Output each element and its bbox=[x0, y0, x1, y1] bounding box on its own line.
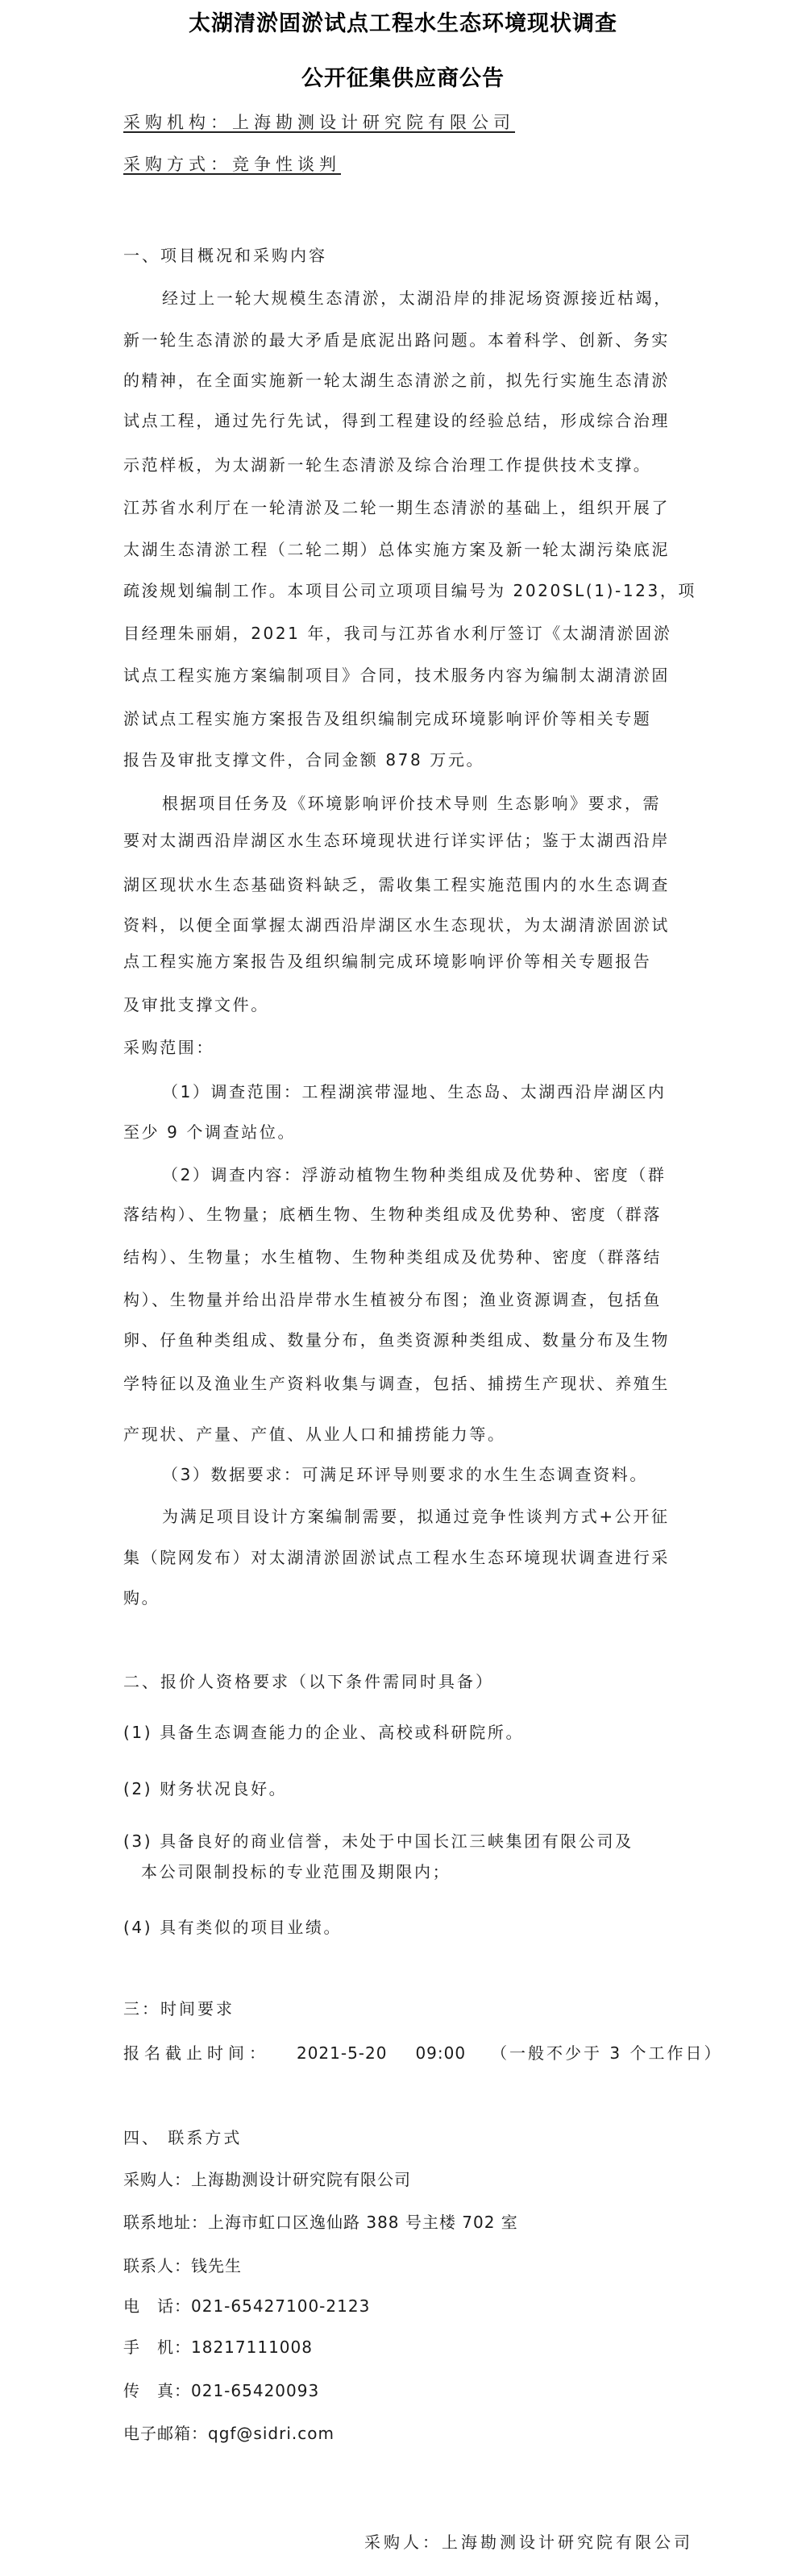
paragraph-line: 目经理朱丽娟，2021 年，我司与江苏省水利厅签订《太湖清淤固淤 bbox=[123, 622, 671, 645]
paragraph-line: 根据项目任务及《环境影响评价技术导则 生态影响》要求，需 bbox=[162, 792, 661, 815]
contact-person: 联系人：钱先生 bbox=[123, 2255, 242, 2277]
paragraph-line: 集（院网发布）对太湖清淤固淤试点工程水生态环境现状调查进行采 bbox=[123, 1546, 670, 1569]
document-title-line2: 公开征集供应商公告 bbox=[0, 64, 806, 93]
paragraph-line: （2）调查内容：浮游动植物生物种类组成及优势种、密度（群 bbox=[162, 1164, 667, 1186]
paragraph-line: 及审批支撑文件。 bbox=[123, 993, 269, 1016]
paragraph-line: 示范样板，为太湖新一轮生态清淤及综合治理工作提供技术支撑。 bbox=[123, 454, 651, 476]
paragraph-line: 淤试点工程实施方案报告及组织编制完成环境影响评价等相关专题 bbox=[123, 707, 651, 730]
paragraph-line: （1）调查范围：工程湖滨带湿地、生态岛、太湖西沿岸湖区内 bbox=[162, 1081, 667, 1103]
paragraph-line: （3）数据要求：可满足环评导则要求的水生生态调查资料。 bbox=[162, 1463, 648, 1486]
section1-heading: 一、项目概况和采购内容 bbox=[123, 244, 327, 267]
paragraph-line: 至少 9 个调查站位。 bbox=[123, 1121, 296, 1143]
paragraph-line: 试点工程实施方案编制项目》合同，技术服务内容为编制太湖清淤固 bbox=[123, 664, 670, 687]
deadline-note: （一般不少于 3 个工作日） bbox=[491, 2043, 722, 2063]
paragraph-line: 试点工程，通过先行先试，得到工程建设的经验总结，形成综合治理 bbox=[123, 409, 670, 432]
paragraph-line: 购。 bbox=[123, 1587, 160, 1609]
document-title-line1: 太湖清淤固淤试点工程水生态环境现状调查 bbox=[0, 10, 806, 39]
section2-heading: 二、报价人资格要求（以下条件需同时具备） bbox=[123, 1670, 494, 1693]
deadline-date: 2021-5-20 bbox=[297, 2043, 388, 2063]
paragraph-line: 新一轮生态清淤的最大矛盾是底泥出路问题。本着科学、创新、务实 bbox=[123, 329, 670, 351]
qualification-item: (2) 财务状况良好。 bbox=[123, 1777, 287, 1800]
paragraph-line: 经过上一轮大规模生态清淤，太湖沿岸的排泥场资源接近枯竭， bbox=[162, 287, 672, 309]
section4-heading: 四、 联系方式 bbox=[123, 2126, 242, 2149]
paragraph-line: 产现状、产量、产值、从业人口和捕捞能力等。 bbox=[123, 1423, 506, 1446]
paragraph-line: 报告及审批支撑文件，合同金额 878 万元。 bbox=[123, 749, 484, 771]
qualification-item: (4) 具有类似的项目业绩。 bbox=[123, 1916, 342, 1939]
paragraph-line: 学特征以及渔业生产资料收集与调查，包括、捕捞生产现状、养殖生 bbox=[123, 1372, 670, 1395]
procurement-scope-label: 采购范围： bbox=[123, 1036, 214, 1059]
paragraph-line: 的精神，在全面实施新一轮太湖生态清淤之前，拟先行实施生态清淤 bbox=[123, 369, 670, 392]
purchaser-name: 采购人：上海勘测设计研究院有限公司 bbox=[123, 2168, 411, 2191]
procurement-method: 采购方式：竞争性谈判 bbox=[123, 153, 341, 176]
contact-email[interactable]: 电子邮箱：qgf@sidri.com bbox=[123, 2422, 334, 2445]
paragraph-line: 卵、仔鱼种类组成、数量分布，鱼类资源种类组成、数量分布及生物 bbox=[123, 1329, 670, 1351]
paragraph-line: 要对太湖西沿岸湖区水生态环境现状进行详实评估；鉴于太湖西沿岸 bbox=[123, 829, 670, 852]
paragraph-line: 湖区现状水生态基础资料缺乏，需收集工程实施范围内的水生态调查 bbox=[123, 873, 670, 896]
qualification-item: (3) 具备良好的商业信誉，未处于中国长江三峡集团有限公司及 bbox=[123, 1830, 634, 1852]
paragraph-line: 构）、生物量并给出沿岸带水生植被分布图；渔业资源调查，包括鱼 bbox=[123, 1288, 662, 1311]
paragraph-line: 资料，以便全面掌握太湖西沿岸湖区水生态现状，为太湖清淤固淤试 bbox=[123, 914, 670, 936]
section3-heading: 三：时间要求 bbox=[123, 1997, 235, 2020]
deadline-row: 报名截止时间： 2021-5-20 09:00 （一般不少于 3 个工作日） bbox=[123, 2042, 723, 2064]
paragraph-line: 江苏省水利厅在一轮清淤及二轮一期生态清淤的基础上，组织开展了 bbox=[123, 496, 670, 519]
contact-phone: 电 话：021-65427100-2123 bbox=[123, 2295, 370, 2317]
qualification-item: (1) 具备生态调查能力的企业、高校或科研院所。 bbox=[123, 1721, 524, 1744]
paragraph-line: 结构）、生物量；水生植物、生物种类组成及优势种、密度（群落结 bbox=[123, 1246, 662, 1268]
qualification-item-continued: 本公司限制投标的专业范围及期限内； bbox=[141, 1860, 451, 1883]
paragraph-line: 点工程实施方案报告及组织编制完成环境影响评价等相关专题报告 bbox=[123, 950, 651, 973]
contact-mobile: 手 机：18217111008 bbox=[123, 2336, 313, 2358]
contact-address: 联系地址：上海市虹口区逸仙路 388 号主楼 702 室 bbox=[123, 2211, 518, 2234]
contact-fax: 传 真：021-65420093 bbox=[123, 2379, 319, 2402]
deadline-label: 报名截止时间： bbox=[123, 2043, 270, 2063]
paragraph-line: 疏浚规划编制工作。本项目公司立项项目编号为 2020SL(1)-123，项 bbox=[123, 579, 696, 602]
paragraph-line: 为满足项目设计方案编制需要，拟通过竞争性谈判方式+公开征 bbox=[162, 1505, 670, 1528]
paragraph-line: 落结构）、生物量；底栖生物、生物种类组成及优势种、密度（群落 bbox=[123, 1203, 662, 1226]
signature: 采购人：上海勘测设计研究院有限公司 bbox=[364, 2531, 693, 2553]
deadline-time: 09:00 bbox=[415, 2043, 466, 2063]
procurement-agency: 采购机构：上海勘测设计研究院有限公司 bbox=[123, 111, 515, 134]
paragraph-line: 太湖生态清淤工程（二轮二期）总体实施方案及新一轮太湖污染底泥 bbox=[123, 538, 670, 561]
